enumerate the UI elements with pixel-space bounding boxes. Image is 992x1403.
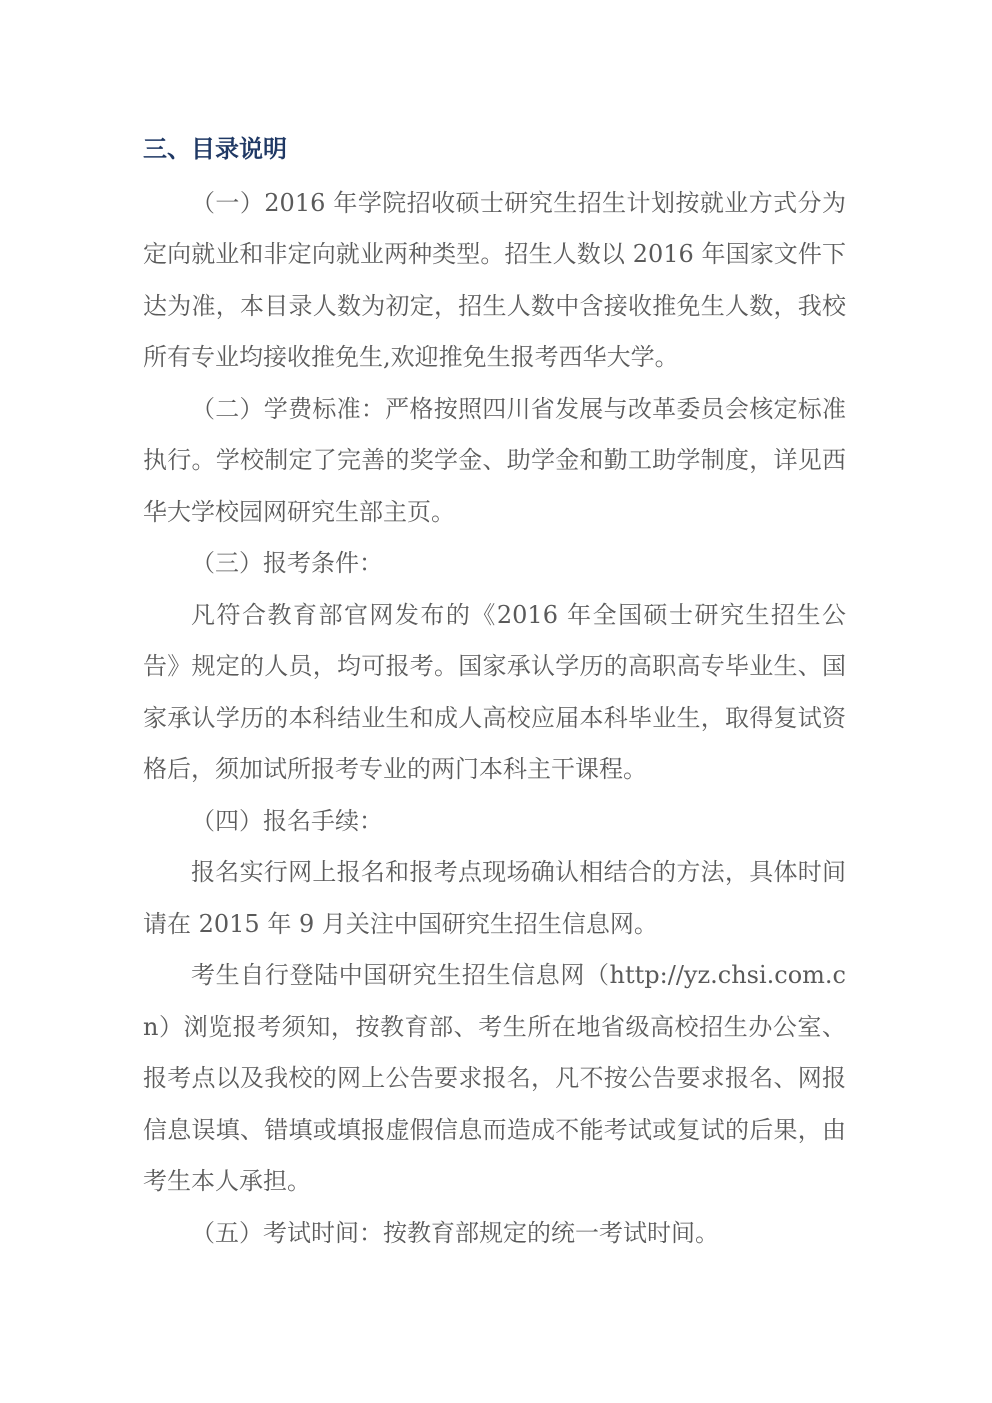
paragraph-7: 考生自行登陆中国研究生招生信息网（http://yz.chsi.com.cn）浏… <box>143 950 846 1208</box>
document-page: 三、目录说明 （一）2016 年学院招收硕士研究生招生计划按就业方式分为定向就业… <box>0 0 992 1403</box>
section-heading: 三、目录说明 <box>143 123 846 175</box>
paragraph-6: 报名实行网上报名和报考点现场确认相结合的方法，具体时间请在 2015 年 9 月… <box>143 847 846 950</box>
paragraph-2: （二）学费标准：严格按照四川省发展与改革委员会核定标准执行。学校制定了完善的奖学… <box>143 384 846 539</box>
paragraph-5: （四）报名手续： <box>143 796 846 848</box>
paragraph-1: （一）2016 年学院招收硕士研究生招生计划按就业方式分为定向就业和非定向就业两… <box>143 178 846 384</box>
paragraph-8: （五）考试时间：按教育部规定的统一考试时间。 <box>143 1208 846 1260</box>
paragraph-3: （三）报考条件： <box>143 538 846 590</box>
paragraph-4: 凡符合教育部官网发布的《2016 年全国硕士研究生招生公告》规定的人员，均可报考… <box>143 590 846 796</box>
